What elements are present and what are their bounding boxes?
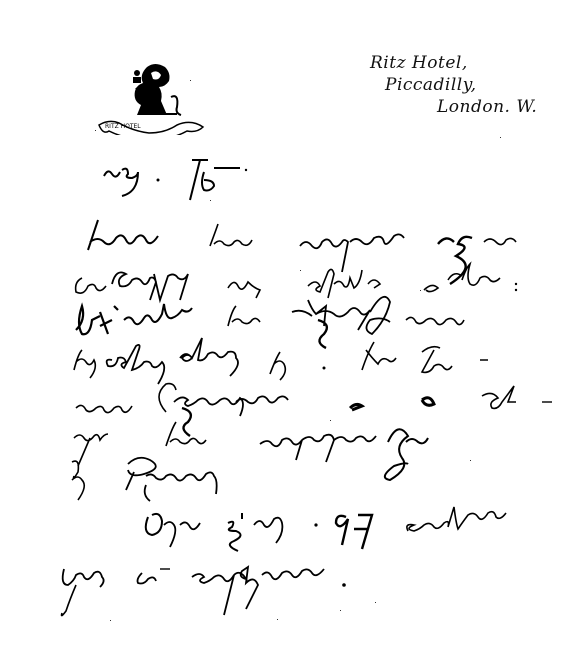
crest-ribbon-text: RITZ HOTEL xyxy=(105,123,141,130)
letterhead-street: Piccadilly, xyxy=(385,74,477,96)
letterhead-city: London. W. xyxy=(437,96,537,118)
scan-speck xyxy=(375,602,376,603)
lion-crest-icon: RITZ HOTEL xyxy=(95,55,215,135)
letterhead-hotel-name: Ritz Hotel, xyxy=(370,52,468,74)
scan-speck xyxy=(300,270,301,271)
letter-line-9-strokes xyxy=(58,545,458,625)
scan-speck xyxy=(277,619,278,620)
page-reference-strokes xyxy=(100,140,240,210)
scan-speck xyxy=(190,80,191,81)
scan-speck xyxy=(95,130,96,131)
letter-page: RITZ HOTEL Ritz Hotel, Piccadilly, Londo… xyxy=(0,0,576,650)
scan-speck xyxy=(340,610,341,611)
scan-speck xyxy=(420,290,421,291)
scan-speck xyxy=(330,420,331,421)
scan-speck xyxy=(110,620,111,621)
scan-speck xyxy=(470,460,471,461)
scan-speck xyxy=(500,137,501,138)
scan-speck xyxy=(210,200,211,201)
